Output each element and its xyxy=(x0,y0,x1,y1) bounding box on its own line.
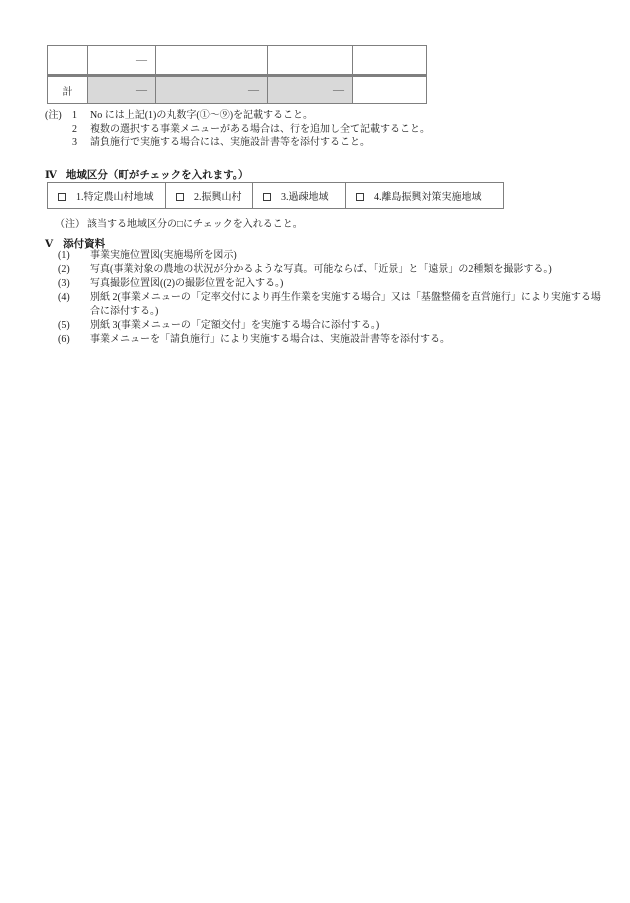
region-label: 3.過疎地域 xyxy=(281,192,329,203)
checkbox-icon[interactable] xyxy=(263,193,271,201)
item-text: 事業実施位置図(実施場所を図示) xyxy=(90,249,603,263)
note-line: 3 請負施行で実施する場合には、実施設計書等を添付すること。 xyxy=(45,136,430,150)
total-cell-dash: — xyxy=(156,76,268,104)
note-line: 2 複数の選択する事業メニューがある場合は、行を追加し全て記載すること。 xyxy=(45,123,430,137)
note-number: 3 xyxy=(72,136,90,150)
section4-note: （注） 該当する地域区分の□にチェックを入れること。 xyxy=(55,215,303,230)
region-cell: 4.離島振興対策実施地域 xyxy=(346,183,504,209)
checkbox-icon[interactable] xyxy=(356,193,364,201)
table-notes: (注) 1 No には上記(1)の丸数字(①～⑨)を記載すること。 2 複数の選… xyxy=(45,109,430,150)
item-text: 別紙 3(事業メニューの「定額交付」を実施する場合に添付する。) xyxy=(90,319,603,333)
note-prefix: （注） xyxy=(55,215,87,230)
note-text: 複数の選択する事業メニューがある場合は、行を追加し全て記載すること。 xyxy=(90,123,430,137)
table-cell xyxy=(156,46,268,76)
list-item: (1) 事業実施位置図(実施場所を図示) xyxy=(58,249,603,263)
note-prefix xyxy=(45,123,72,137)
table-row: — xyxy=(48,46,427,76)
note-text: 該当する地域区分の□にチェックを入れること。 xyxy=(87,215,303,230)
region-table: 1.特定農山村地域 2.振興山村 3.過疎地域 4.離島振興対策実施地域 xyxy=(47,182,504,209)
total-cell-dash: — xyxy=(268,76,353,104)
table-cell xyxy=(268,46,353,76)
item-number: (2) xyxy=(58,263,90,277)
checkbox-icon[interactable] xyxy=(58,193,66,201)
note-number: 2 xyxy=(72,123,90,137)
checkbox-icon[interactable] xyxy=(176,193,184,201)
region-label: 4.離島振興対策実施地域 xyxy=(374,192,482,203)
total-cell-dash: — xyxy=(88,76,156,104)
item-number: (6) xyxy=(58,333,90,347)
region-cell: 3.過疎地域 xyxy=(253,183,346,209)
list-item: (2) 写真(事業対象の農地の状況が分かるような写真。可能ならば、「近景」と「遠… xyxy=(58,263,603,277)
document-page: — 計 — — — (注) 1 No には上記(1)の丸数字(①～⑨)を記載する… xyxy=(0,0,630,903)
list-item: (5) 別紙 3(事業メニューの「定額交付」を実施する場合に添付する。) xyxy=(58,319,603,333)
table-cell-dash: — xyxy=(88,46,156,76)
item-number: (5) xyxy=(58,319,90,333)
summary-table: — 計 — — — xyxy=(47,45,427,104)
note-number: 1 xyxy=(72,109,90,123)
item-number: (3) xyxy=(58,277,90,291)
note-text: No には上記(1)の丸数字(①～⑨)を記載すること。 xyxy=(90,109,313,123)
table-cell xyxy=(48,46,88,76)
region-cell: 1.特定農山村地域 xyxy=(48,183,166,209)
total-cell xyxy=(353,76,427,104)
region-row: 1.特定農山村地域 2.振興山村 3.過疎地域 4.離島振興対策実施地域 xyxy=(48,183,504,209)
note-prefix xyxy=(45,136,72,150)
item-text: 事業メニューを「請負施行」により実施する場合は、実施設計書等を添付する。 xyxy=(90,333,603,347)
section4-heading: Ⅳ地域区分（町がチェックを入れます。） xyxy=(45,167,249,182)
list-item: (6) 事業メニューを「請負施行」により実施する場合は、実施設計書等を添付する。 xyxy=(58,333,603,347)
total-label: 計 xyxy=(48,76,88,104)
region-cell: 2.振興山村 xyxy=(166,183,253,209)
table-cell xyxy=(353,46,427,76)
item-text: 別紙 2(事業メニューの「定率交付により再生作業を実施する場合」又は「基盤整備を… xyxy=(90,291,603,319)
item-text: 写真(事業対象の農地の状況が分かるような写真。可能ならば、「近景」と「遠景」の2… xyxy=(90,263,603,277)
section4-title-text: 地域区分（町がチェックを入れます。） xyxy=(66,170,249,181)
list-item: (3) 写真撮影位置図((2)の撮影位置を記入する。) xyxy=(58,277,603,291)
note-prefix: (注) xyxy=(45,109,72,123)
note-line: (注) 1 No には上記(1)の丸数字(①～⑨)を記載すること。 xyxy=(45,109,430,123)
list-item: (4) 別紙 2(事業メニューの「定率交付により再生作業を実施する場合」又は「基… xyxy=(58,291,603,319)
item-text: 写真撮影位置図((2)の撮影位置を記入する。) xyxy=(90,277,603,291)
section4-numeral: Ⅳ xyxy=(45,170,57,181)
total-row: 計 — — — xyxy=(48,76,427,104)
item-number: (1) xyxy=(58,249,90,263)
attachment-list: (1) 事業実施位置図(実施場所を図示) (2) 写真(事業対象の農地の状況が分… xyxy=(58,249,603,347)
note-text: 請負施行で実施する場合には、実施設計書等を添付すること。 xyxy=(90,136,370,150)
region-label: 1.特定農山村地域 xyxy=(76,192,154,203)
section5-numeral: Ⅴ xyxy=(45,239,53,250)
region-label: 2.振興山村 xyxy=(194,192,242,203)
item-number: (4) xyxy=(58,291,90,319)
